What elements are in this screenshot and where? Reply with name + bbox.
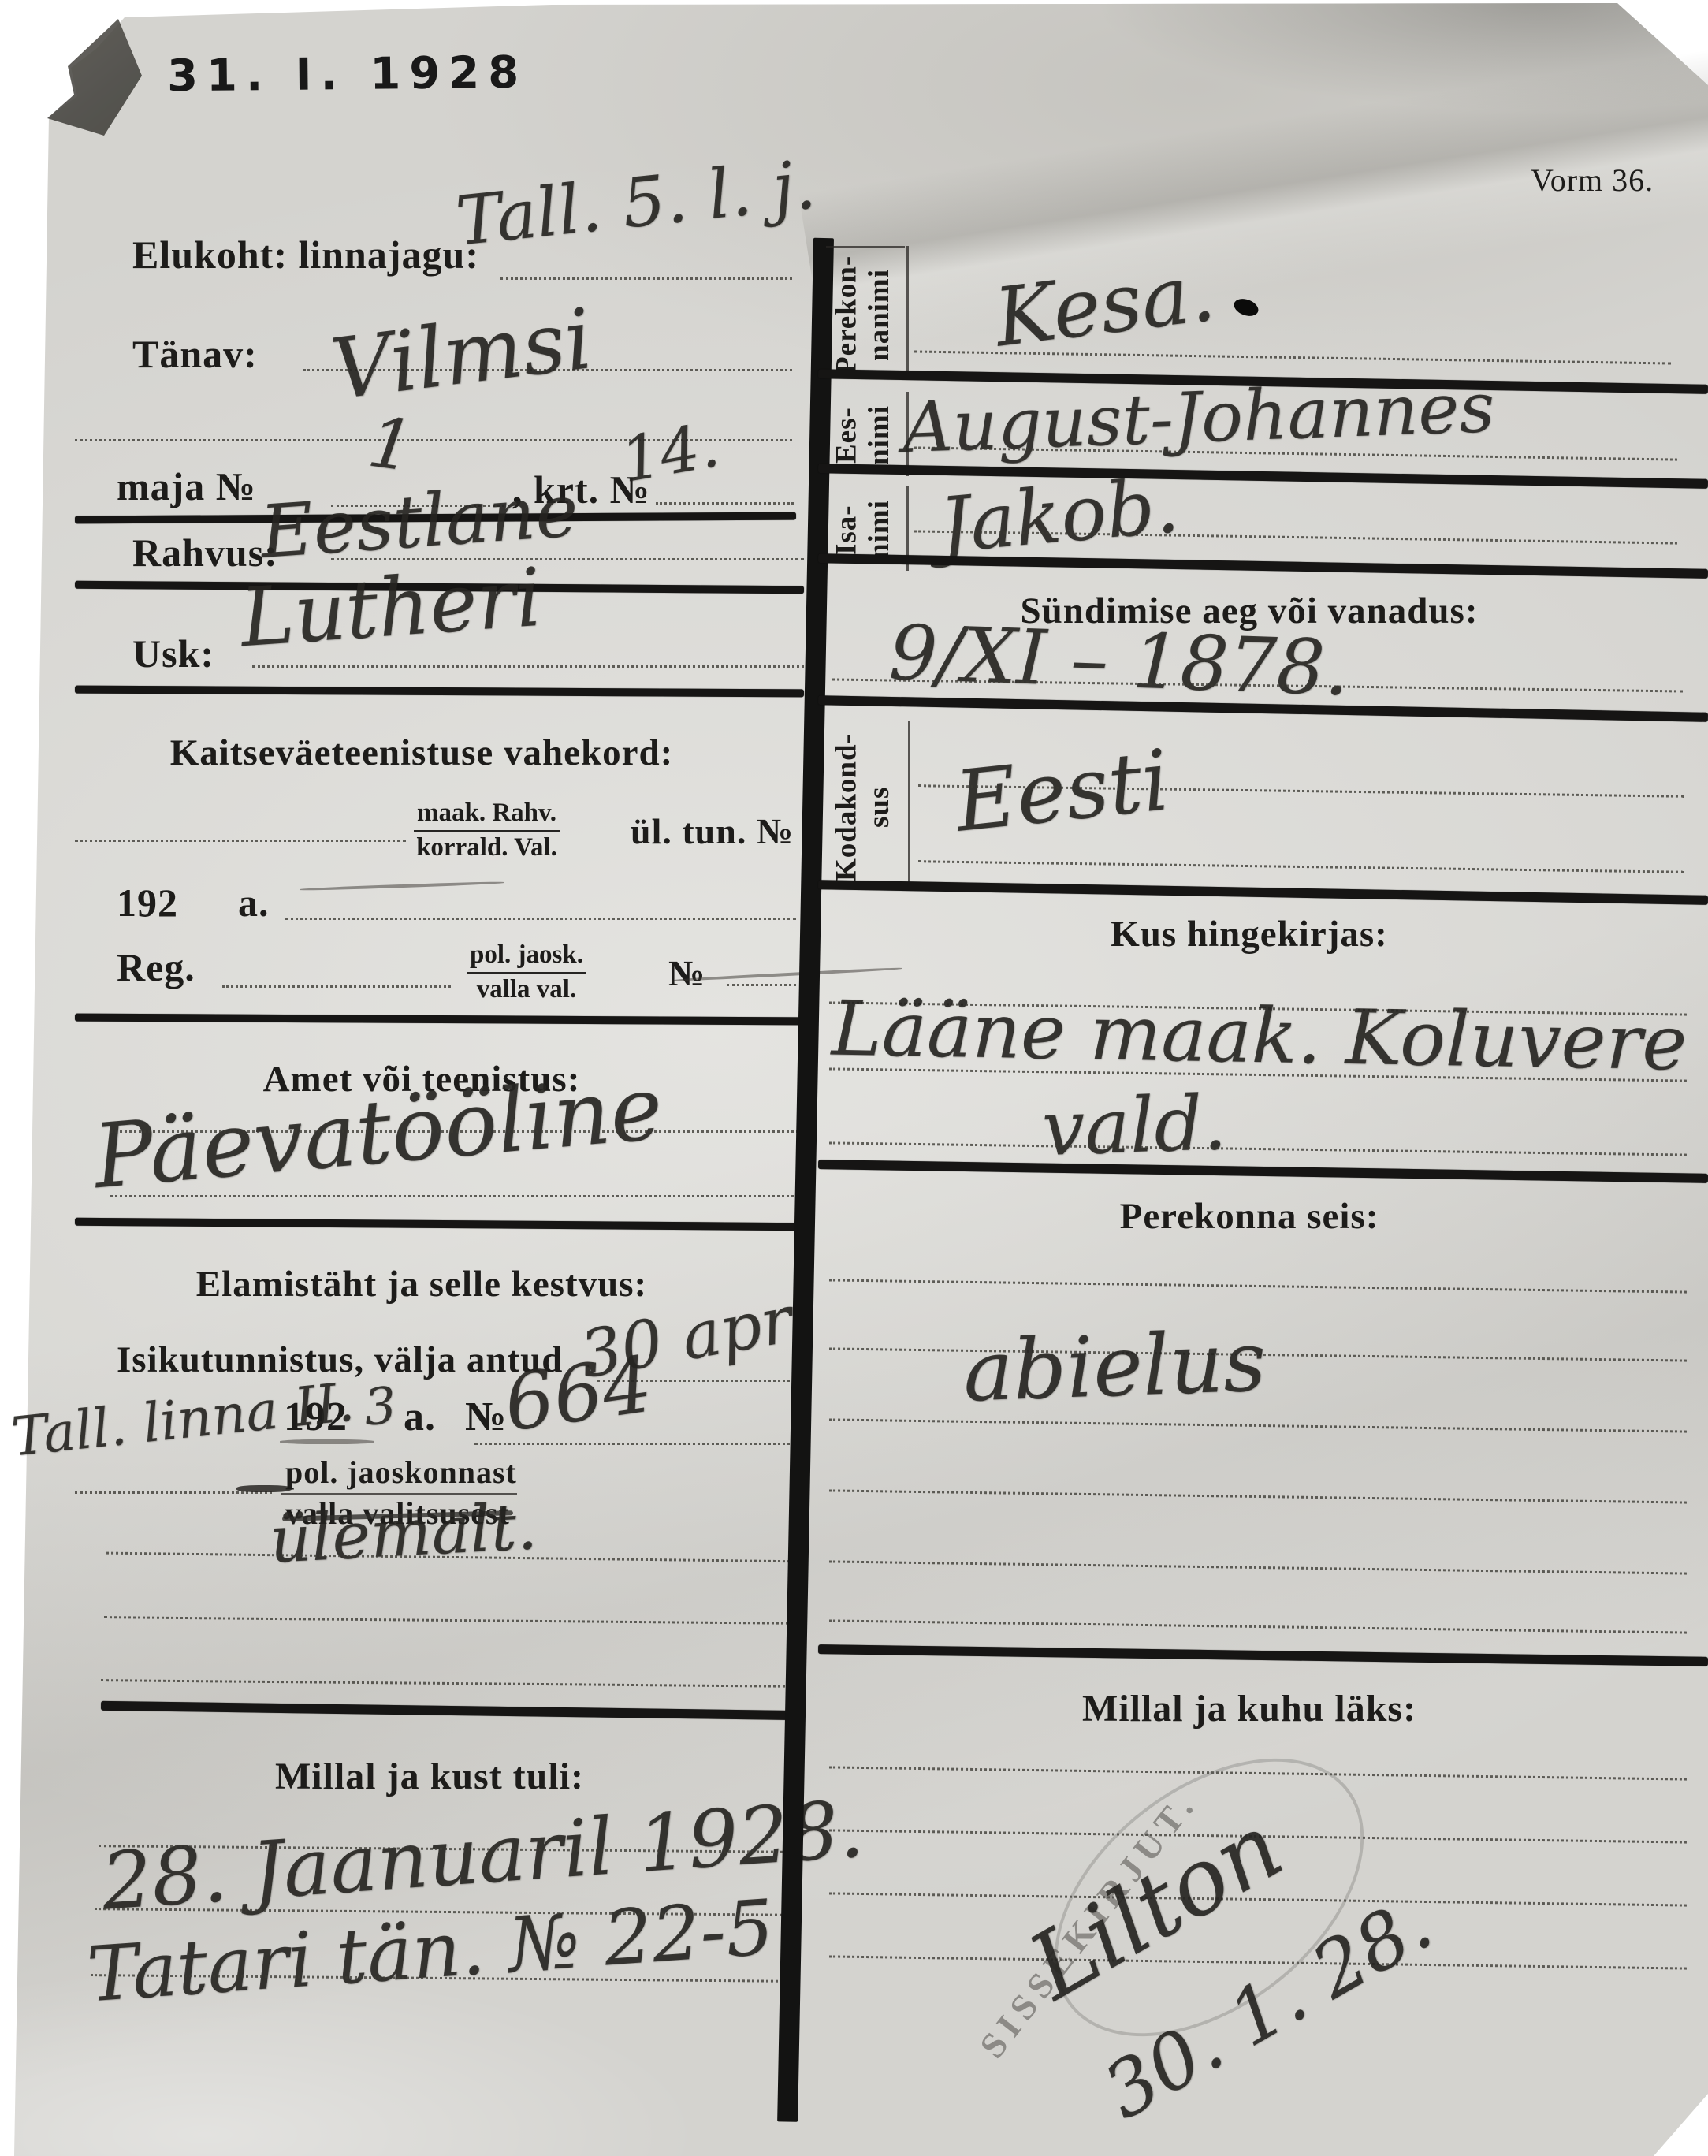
fraction-top: pol. jaosk. [467,940,586,974]
scanned-registration-form: 31. I. 1928 Vorm 36. Elukoht: linnajagu:… [0,0,1708,2156]
field-label-isiku-no: № [465,1394,507,1440]
section-header-kaitsevaeteenistus: Kaitseväeteenistuse vahekord: [75,732,768,774]
field-label-year192: 192 [117,880,178,925]
field-label-isiku-a: a. [404,1394,436,1440]
handwriting-seis-value: abielus [962,1313,1267,1420]
field-label-reg: Reg. [117,944,195,990]
dotted-line [75,840,406,842]
handwriting-isiku-year-digit: 3 [362,1376,399,1437]
section-header-elamistaht: Elamistäht ja selle kestvus: [75,1263,768,1305]
field-label-ul-tun-no: ül. tun. № [631,810,794,852]
field-label-tanav: Tänav: [132,331,258,377]
thin-rule [906,246,909,378]
vertical-label-kodakondsus: Kodakond- sus [823,724,903,891]
date-stamp: 31. I. 1928 [167,47,528,102]
dotted-line [474,1443,796,1445]
section-header-millal-tuli: Millal ja kust tuli: [75,1755,784,1798]
fraction-top: maak. Rahv. [414,798,560,832]
field-label-year-a: a. [238,880,270,925]
field-label-usk: Usk: [132,631,214,676]
field-label-elukoht: Elukoht: linnajagu: [132,232,479,277]
dotted-line [75,1491,272,1494]
handwriting-hingekirjas-line1: Lääne maak. Koluvere [831,985,1688,1088]
fraction-bottom: korrald. Val. [414,832,560,864]
section-header-perekonna-seis: Perekonna seis: [835,1195,1663,1238]
dotted-line [727,984,802,986]
dotted-line [500,277,792,280]
handwriting-sundimine-value: 9/XI – 1878. [887,609,1350,713]
dotted-line [252,665,804,668]
fraction-pol-jaosk: pol. jaosk. valla val. [467,940,586,1005]
pen-underline [280,1439,374,1444]
thin-rule [908,721,910,891]
field-label-maja: maja № [117,464,256,509]
vertical-label-perekonnanimi: Perekon- nanimi [823,251,903,378]
fraction-maak-rahv: maak. Rahv. korrald. Val. [414,798,560,863]
dotted-line [222,985,451,988]
handwriting-ulemalt: ülemalt. [268,1489,539,1578]
handwriting-hingekirjas-line2: vald. [1040,1078,1228,1173]
fraction-bottom: valla val. [467,974,586,1006]
field-label-pol-no: № [668,952,705,994]
form-number: Vorm 36. [1531,162,1654,199]
dotted-line [656,502,794,505]
section-header-hingekirjas: Kus hingekirjas: [835,913,1663,955]
dotted-line [110,1195,808,1197]
thin-rule [826,246,905,248]
section-header-millal-laks: Millal ja kuhu läks: [835,1687,1663,1730]
dotted-line [110,1130,808,1133]
dotted-line [285,918,796,920]
field-label-rahvus: Rahvus: [132,530,278,575]
field-label-pol-jaoskonnast: pol. jaoskonnast [285,1454,517,1491]
pen-dash [236,1485,292,1492]
